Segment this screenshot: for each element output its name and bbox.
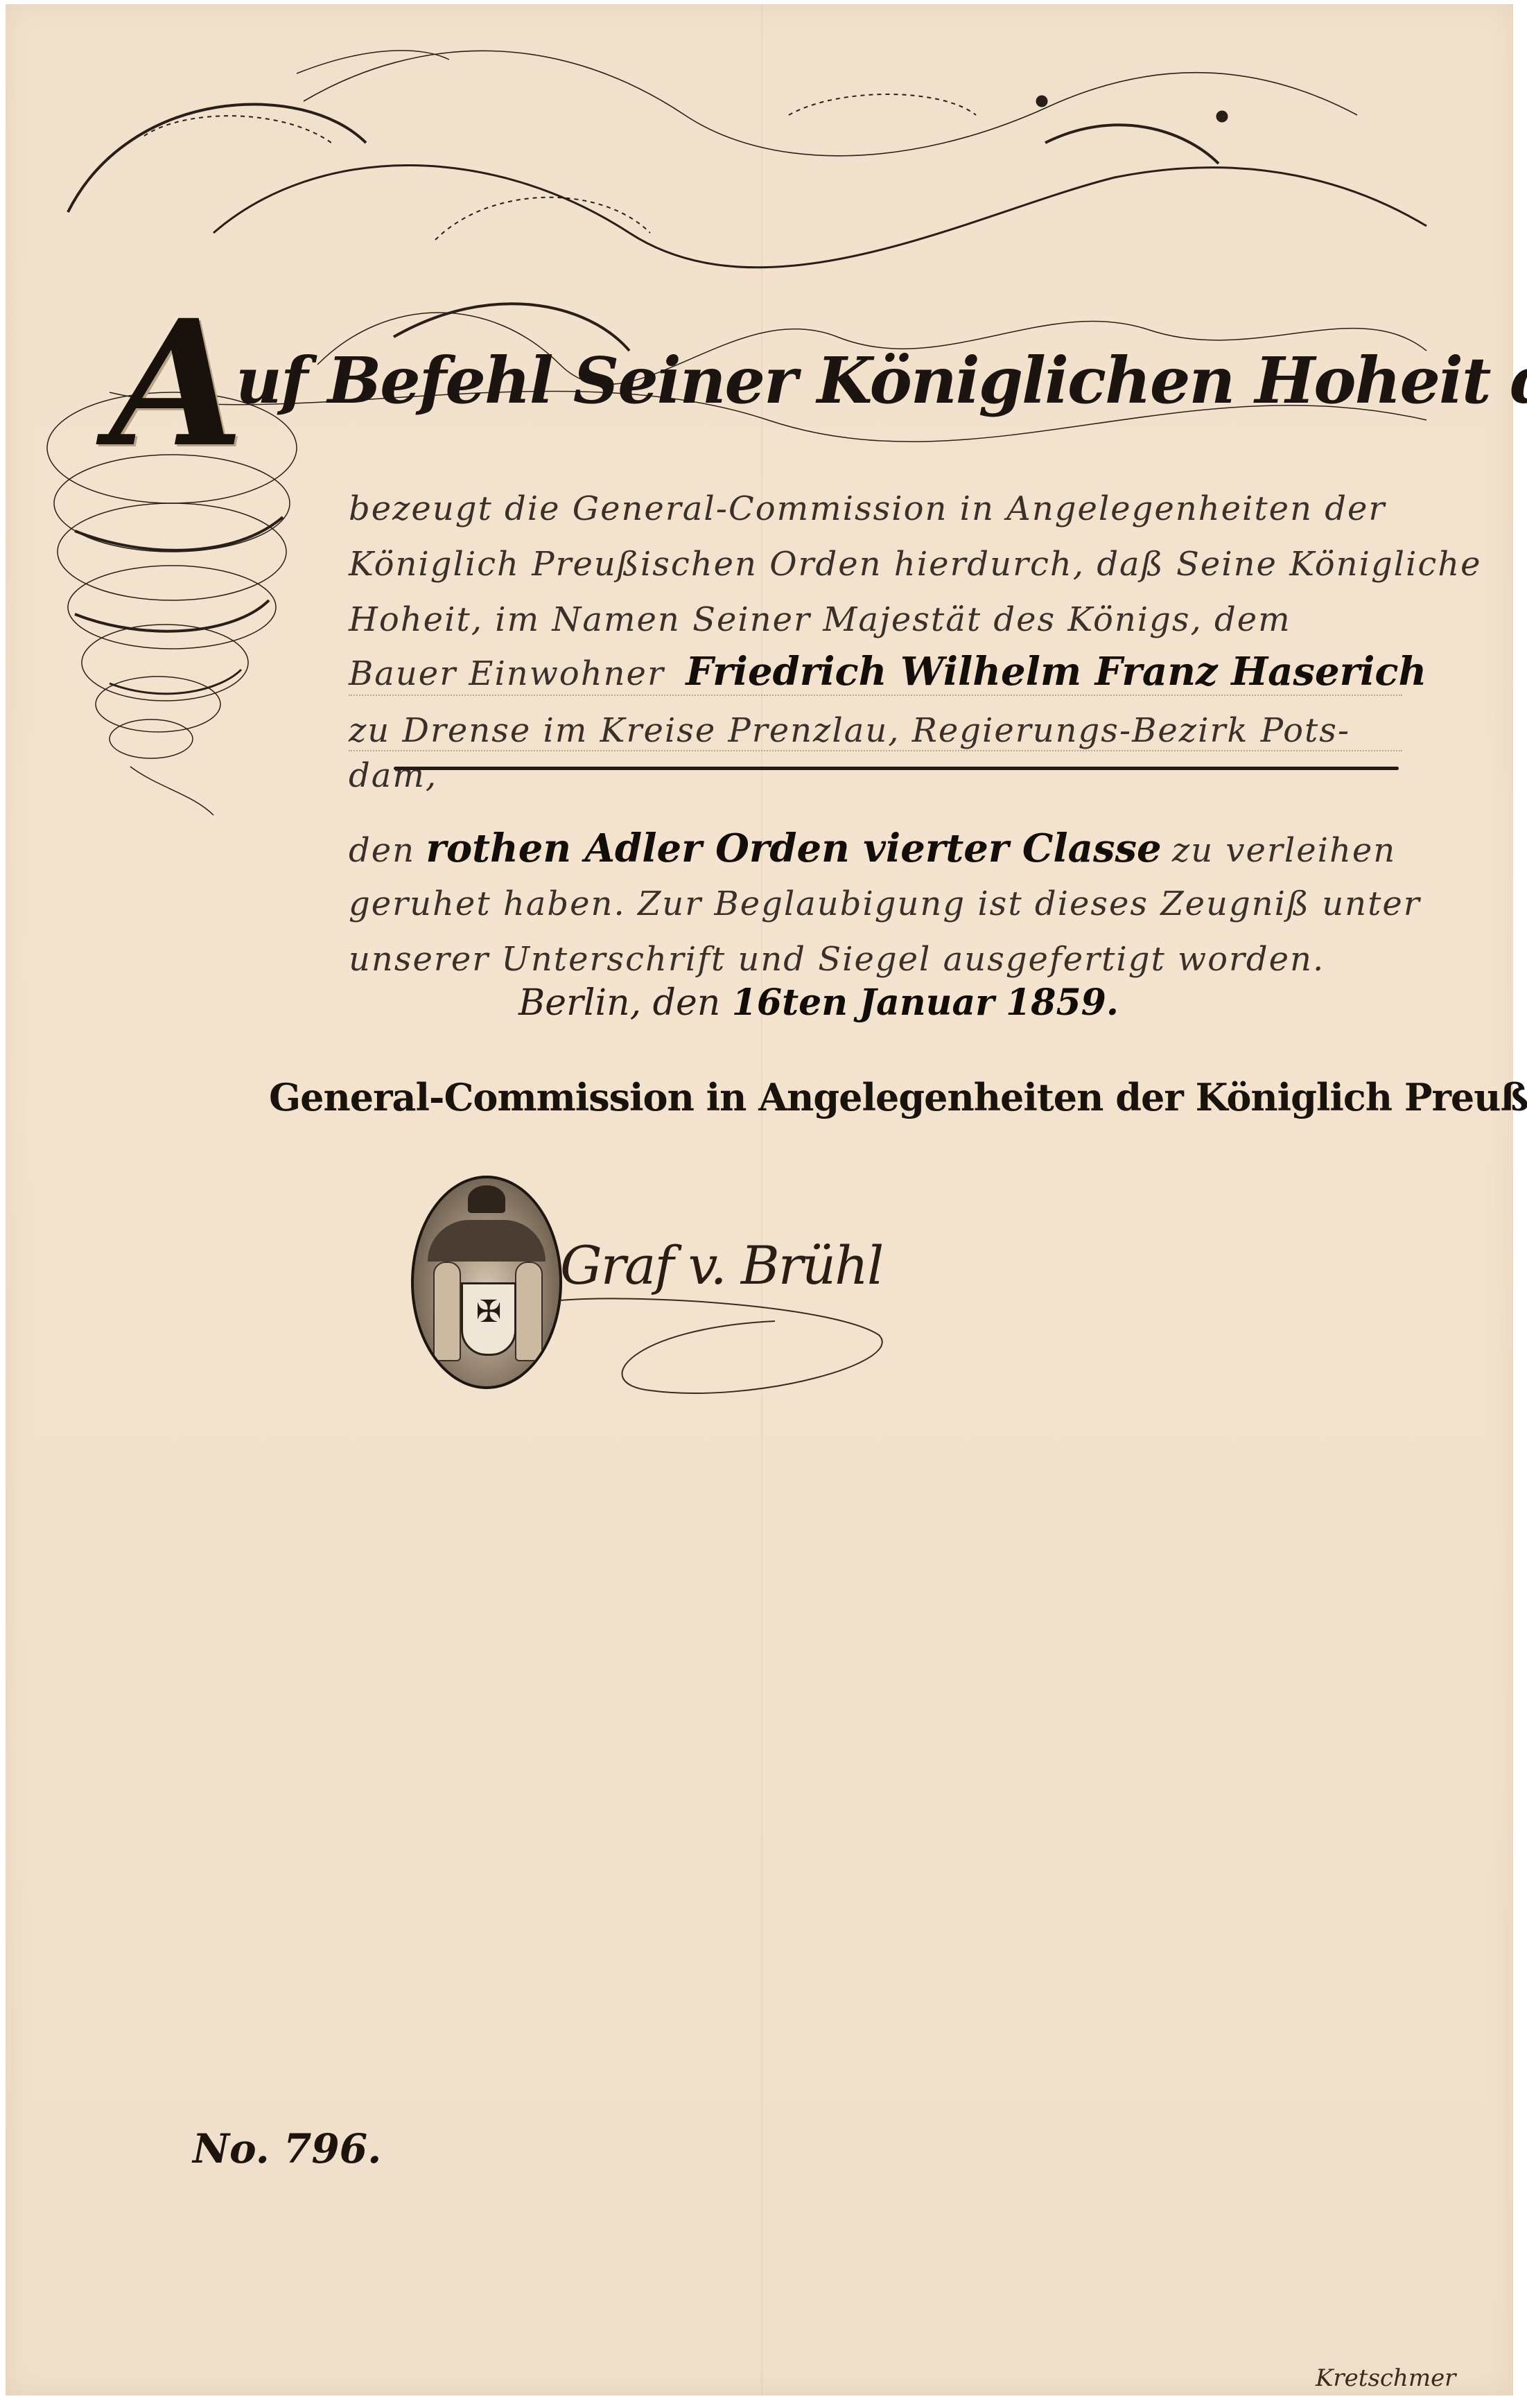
certificate-number: No. 796. [193,2125,381,2172]
issuer-title: General-Commission in Angelegenheiten de… [269,1075,1447,1119]
shield-icon: ✠ [461,1282,516,1356]
award-suffix: zu verleihen [1172,831,1396,870]
body-line-2: Königlich Preußischen Orden hierdurch, d… [349,545,1482,584]
heading-initial: A [110,281,243,485]
closing-line-1: geruhet haben. Zur Beglaubigung ist dies… [349,884,1421,923]
body-line-3: Hoheit, im Namen Seiner Majestät des Kön… [349,600,1291,639]
supporter-figure-left [433,1262,461,1361]
location-line-end: dam, [349,756,437,795]
certificate-heading: Auf Befehl Seiner Königlichen Hoheit des… [110,281,1461,485]
separator-rule [394,767,1399,770]
date-month: Januar [860,981,995,1024]
date-line: Berlin, den 16ten Januar 1859. [518,981,1119,1024]
award-name: rothen Adler Orden vierter Classe [426,826,1161,871]
signature-flourish [546,1286,907,1411]
recipient-line: Bauer Einwohner Friedrich Wilhelm Franz … [349,649,1402,696]
location-line: zu Drense im Kreise Prenzlau, Regierungs… [349,711,1402,751]
crown-icon [468,1185,505,1213]
closing-line-2: unserer Unterschrift und Siegel ausgefer… [349,940,1325,979]
coat-of-arms-seal-icon: ✠ [411,1176,562,1389]
date-year: 1859. [1006,981,1119,1024]
canopy-drape [428,1220,546,1262]
award-line: den rothen Adler Orden vierter Classe zu… [349,826,1396,871]
supporter-figure-right [515,1262,543,1361]
eagle-icon: ✠ [463,1294,514,1329]
corner-annotation: Kretschmer [1316,2364,1456,2392]
date-place: Berlin, den [518,982,720,1024]
certificate-paper: Auf Befehl Seiner Königlichen Hoheit des… [6,4,1513,2396]
body-line-1: bezeugt die General-Commission in Angele… [349,489,1386,528]
recipient-occupation: Bauer Einwohner [349,654,665,693]
date-day: 16ten [732,981,848,1024]
award-article: den [349,831,415,870]
heading-text: uf Befehl Seiner Königlichen Hoheit des … [236,343,1527,418]
recipient-name: Friedrich Wilhelm Franz Haserich [686,649,1426,695]
